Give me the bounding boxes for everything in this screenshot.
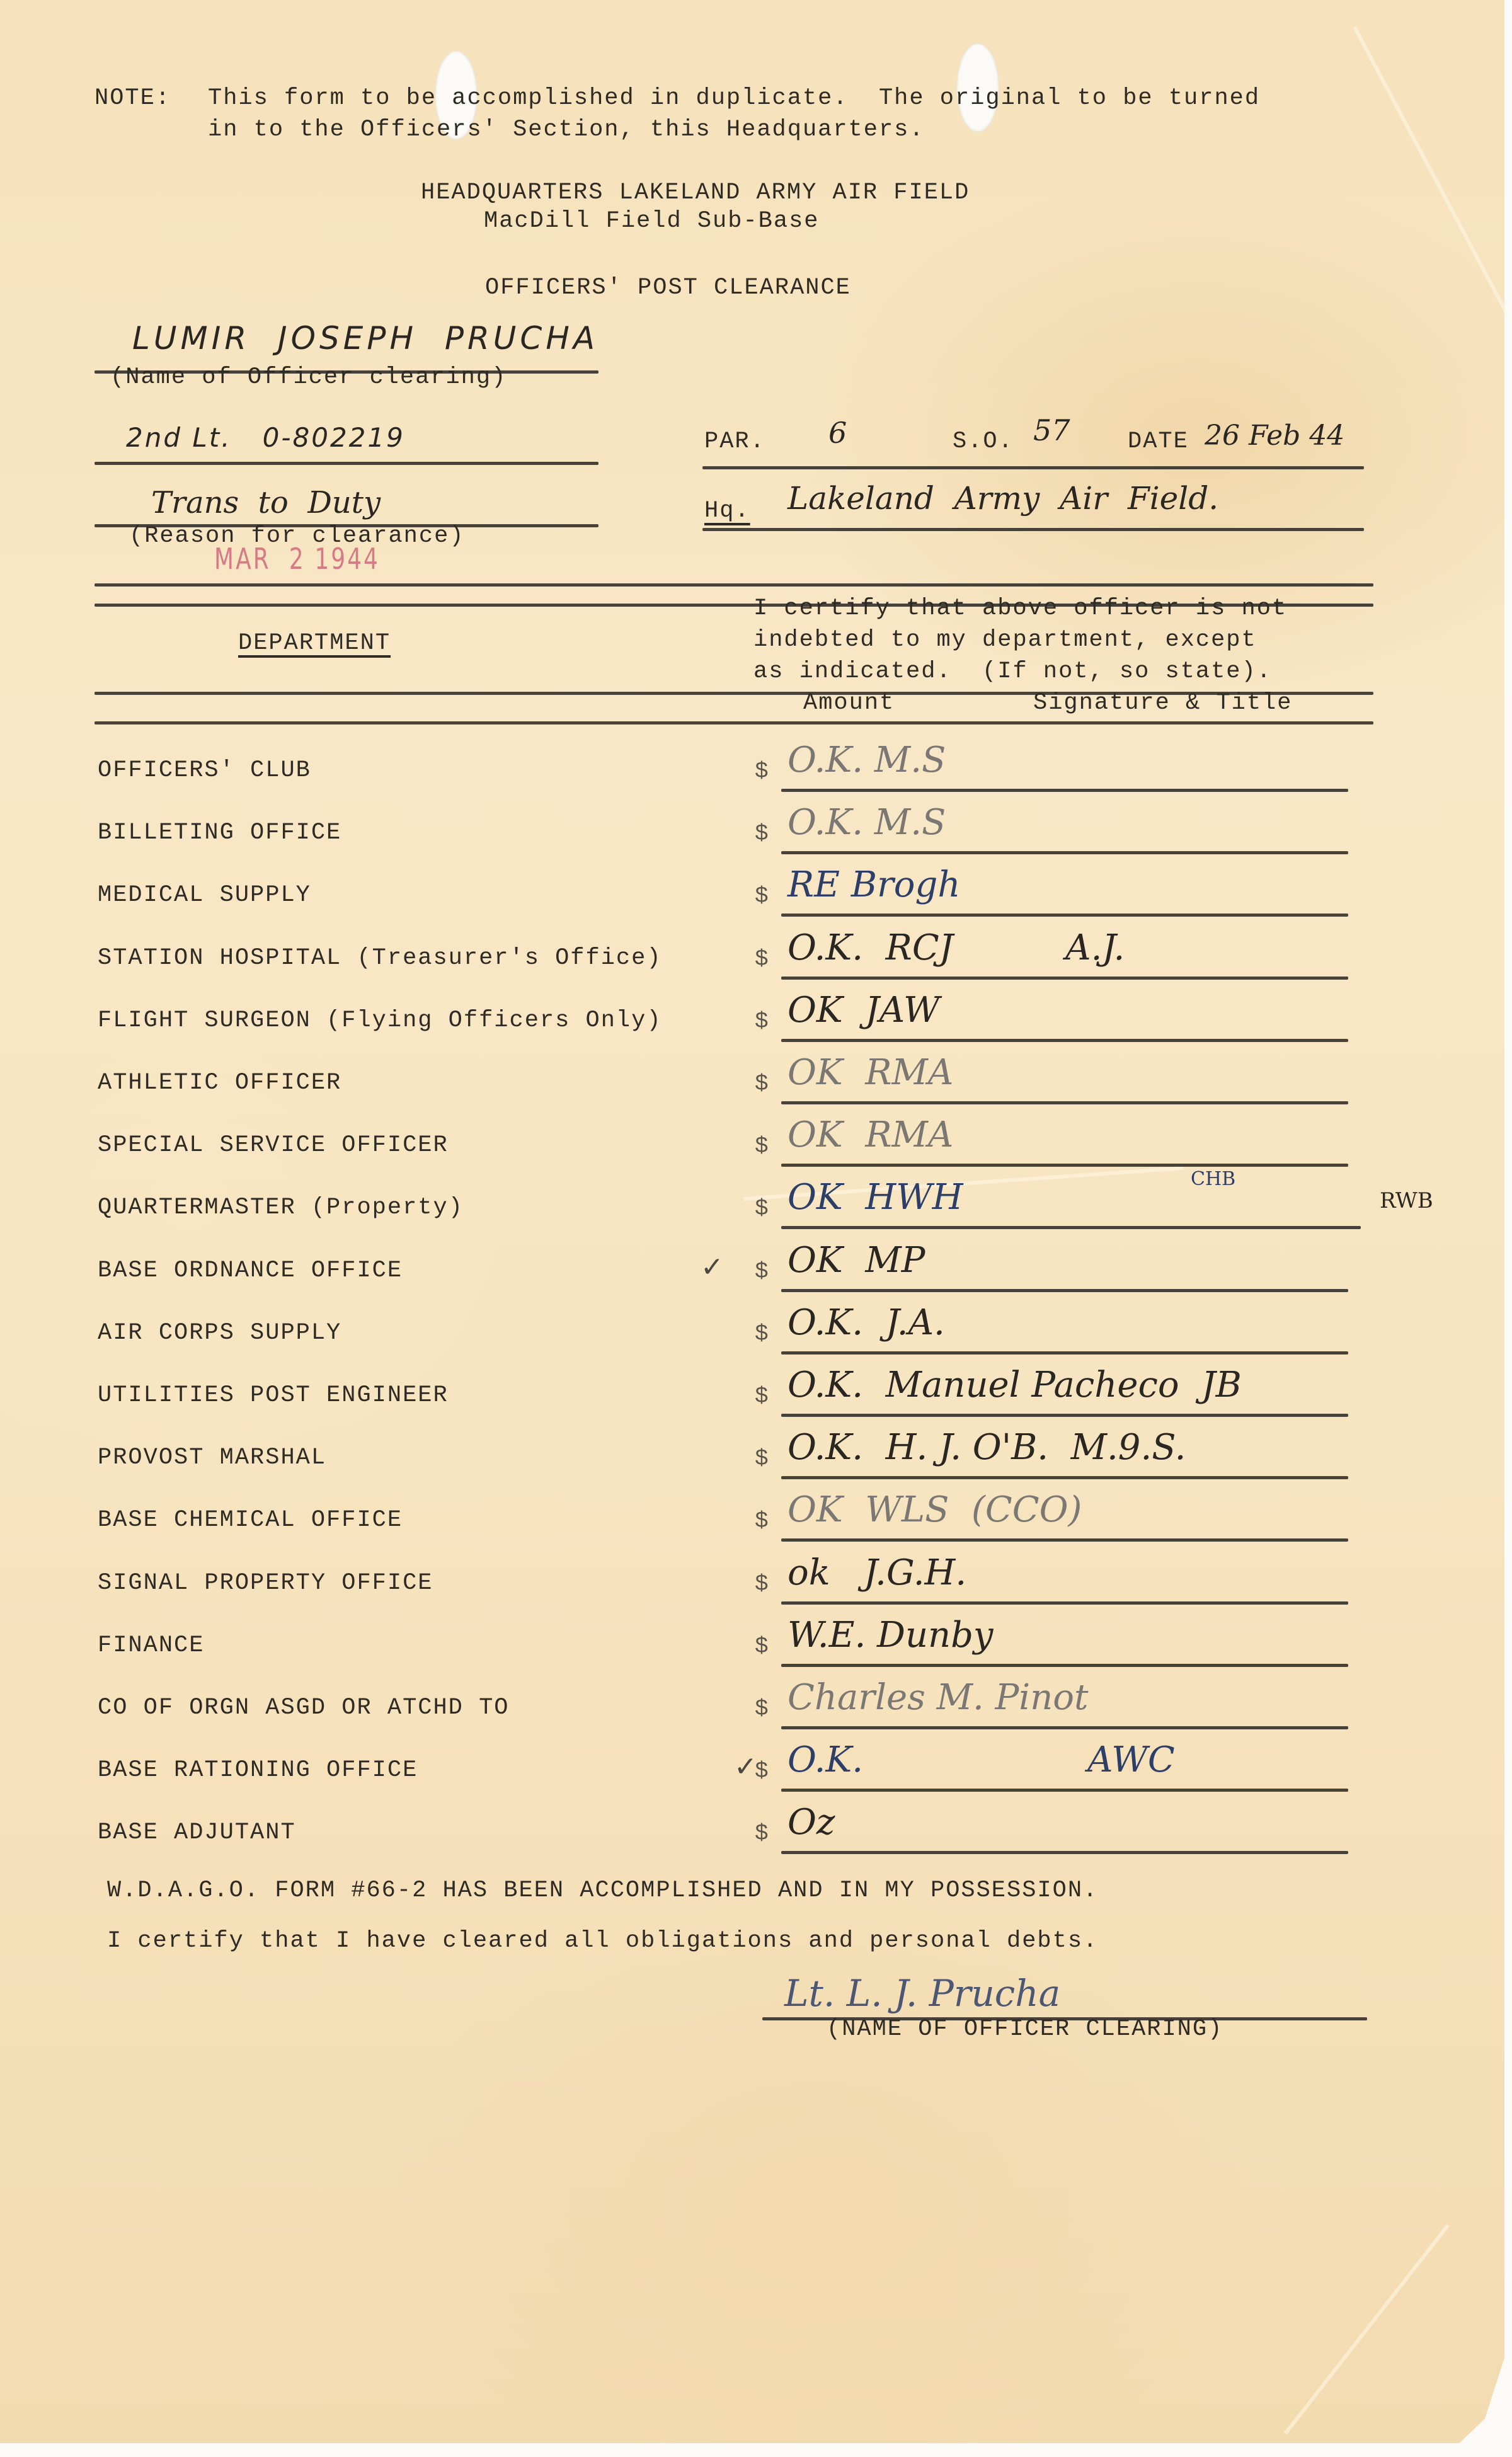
- par-field[interactable]: 6: [828, 416, 847, 450]
- department-signoff-field[interactable]: O.K. M.S: [787, 740, 946, 781]
- dollar-sign: $: [755, 1383, 769, 1409]
- signoff-underline: [781, 913, 1348, 917]
- officer-signature[interactable]: Lt. L. J. Prucha: [784, 1972, 1060, 2015]
- hq-label: Hq.: [704, 498, 750, 524]
- department-column-header: DEPARTMENT: [238, 630, 391, 656]
- margin-initials: RWB: [1380, 1188, 1433, 1213]
- dollar-sign: $: [755, 1259, 769, 1285]
- reason-field[interactable]: Trans to Duty: [151, 485, 381, 520]
- signoff-underline: [781, 1164, 1348, 1167]
- signoff-underline: [781, 1351, 1348, 1354]
- signoff-underline: [781, 1851, 1348, 1854]
- signoff-underline: [781, 1538, 1348, 1542]
- department-name: UTILITIES POST ENGINEER: [98, 1382, 449, 1409]
- dollar-sign: $: [755, 883, 769, 909]
- rank-serial-field[interactable]: 2nd Lt. 0-802219: [126, 422, 405, 453]
- signoff-underline: [781, 1414, 1348, 1417]
- department-signoff-field[interactable]: OK RMA: [787, 1052, 953, 1093]
- amount-column-header: Amount: [803, 690, 895, 716]
- department-name: BASE CHEMICAL OFFICE: [98, 1507, 403, 1533]
- form-66-2-statement: W.D.A.G.O. FORM #66-2 HAS BEEN ACCOMPLIS…: [107, 1877, 1098, 1904]
- hq-underline: [702, 528, 1364, 531]
- signoff-underline: [781, 1476, 1348, 1479]
- dollar-sign: $: [755, 1196, 769, 1222]
- signoff-underline: [781, 1101, 1348, 1104]
- signoff-underline: [781, 1726, 1348, 1729]
- department-signoff-field[interactable]: O.K. AWC: [787, 1739, 1175, 1780]
- header-divider: [94, 721, 1373, 724]
- signoff-underline: [781, 976, 1348, 980]
- signoff-underline: [781, 1601, 1348, 1605]
- dollar-sign: $: [755, 1696, 769, 1722]
- department-signoff-field[interactable]: O.K. M.S: [787, 802, 946, 843]
- signoff-underline: [781, 851, 1348, 854]
- department-name: QUARTERMASTER (Property): [98, 1194, 464, 1221]
- department-name: OFFICERS' CLUB: [98, 757, 311, 784]
- form-title: OFFICERS' POST CLEARANCE: [485, 275, 851, 301]
- checkmark-icon: ✓: [734, 1751, 757, 1783]
- department-signoff-field[interactable]: OK HWH: [787, 1177, 963, 1218]
- checkmark-icon: ✓: [701, 1251, 724, 1283]
- department-name: FINANCE: [98, 1632, 204, 1659]
- department-name: PROVOST MARSHAL: [98, 1445, 326, 1471]
- department-name: CO OF ORGN ASGD OR ATCHD TO: [98, 1695, 510, 1721]
- signoff-underline: [781, 1789, 1348, 1792]
- signoff-underline: [781, 1039, 1348, 1042]
- department-name: BASE RATIONING OFFICE: [98, 1757, 418, 1784]
- department-signoff-field[interactable]: RE Brogh: [787, 864, 960, 905]
- dollar-sign: $: [755, 1321, 769, 1347]
- department-signoff-field[interactable]: Charles M. Pinot: [787, 1677, 1088, 1718]
- dollar-sign: $: [755, 1071, 769, 1097]
- department-name: BASE ADJUTANT: [98, 1819, 296, 1846]
- signoff-underline: [781, 1226, 1361, 1229]
- note-line-1: This form to be accomplished in duplicat…: [208, 85, 1260, 112]
- officer-name-label: (Name of Officer clearing): [110, 364, 507, 391]
- department-signoff-field[interactable]: O.K. H. J. O'B. M.9.S.: [787, 1427, 1186, 1468]
- date-label: DATE: [1128, 428, 1189, 455]
- department-name: AIR CORPS SUPPLY: [98, 1320, 341, 1346]
- department-name: SPECIAL SERVICE OFFICER: [98, 1132, 449, 1159]
- section-divider: [94, 583, 1373, 587]
- signature-column-header: Signature & Title: [1033, 690, 1292, 716]
- department-signoff-field[interactable]: Oz: [787, 1802, 835, 1843]
- department-name: MEDICAL SUPPLY: [98, 882, 311, 908]
- dollar-sign: $: [755, 1446, 769, 1472]
- headquarters-title: HEADQUARTERS LAKELAND ARMY AIR FIELD: [421, 180, 970, 206]
- hq-field[interactable]: Lakeland Army Air Field.: [787, 480, 1218, 517]
- department-signoff-field[interactable]: O.K. J.A.: [787, 1302, 945, 1343]
- date-field[interactable]: 26 Feb 44: [1205, 420, 1344, 452]
- personal-debts-certification: I certify that I have cleared all obliga…: [107, 1928, 1098, 1954]
- dollar-sign: $: [755, 821, 769, 847]
- signoff-underline: [781, 789, 1348, 792]
- so-field[interactable]: 57: [1033, 413, 1070, 447]
- par-label: PAR.: [704, 428, 765, 455]
- received-date-stamp: MAR 2 1944: [214, 542, 380, 576]
- rank-serial-underline: [94, 462, 598, 465]
- dollar-sign: $: [755, 946, 769, 972]
- note-label: NOTE:: [94, 85, 171, 112]
- sub-base-title: MacDill Field Sub-Base: [484, 208, 819, 234]
- certify-text-line-3: as indicated. (If not, so state).: [753, 658, 1272, 685]
- department-signoff-field[interactable]: O.K. RCJ A.J.: [787, 927, 1125, 968]
- department-signoff-field[interactable]: ok J.G.H.: [787, 1552, 966, 1593]
- officer-name-field[interactable]: LUMIR JOSEPH PRUCHA: [132, 320, 598, 357]
- certify-text-line-1: I certify that above officer is not: [753, 595, 1287, 622]
- signoff-underline: [781, 1664, 1348, 1667]
- superscript-initials: CHB: [1191, 1168, 1235, 1190]
- dollar-sign: $: [755, 759, 769, 784]
- dollar-sign: $: [755, 1133, 769, 1159]
- note-line-2: in to the Officers' Section, this Headqu…: [208, 117, 925, 143]
- dollar-sign: $: [755, 1758, 769, 1784]
- department-signoff-field[interactable]: OK JAW: [787, 990, 940, 1031]
- signature-label: (NAME OF OFFICER CLEARING): [827, 2016, 1223, 2042]
- orders-underline: [702, 466, 1364, 469]
- department-signoff-field[interactable]: OK WLS (CCO): [787, 1489, 1082, 1530]
- dollar-sign: $: [755, 1508, 769, 1534]
- department-name: ATHLETIC OFFICER: [98, 1070, 341, 1096]
- dollar-sign: $: [755, 1571, 769, 1597]
- department-name: FLIGHT SURGEON (Flying Officers Only): [98, 1007, 662, 1034]
- dollar-sign: $: [755, 1009, 769, 1034]
- department-signoff-field[interactable]: OK MP: [787, 1240, 925, 1281]
- department-signoff-field[interactable]: W.E. Dunby: [787, 1615, 994, 1656]
- department-name: SIGNAL PROPERTY OFFICE: [98, 1570, 433, 1596]
- department-signoff-field[interactable]: OK RMA: [787, 1114, 953, 1155]
- department-name: BASE ORDNANCE OFFICE: [98, 1257, 403, 1284]
- department-name: BILLETING OFFICE: [98, 820, 341, 846]
- department-signoff-field[interactable]: O.K. Manuel Pacheco JB: [787, 1365, 1242, 1406]
- department-name: STATION HOSPITAL (Treasurer's Office): [98, 945, 662, 971]
- dollar-sign: $: [755, 1634, 769, 1659]
- signoff-underline: [781, 1289, 1348, 1292]
- dollar-sign: $: [755, 1821, 769, 1847]
- so-label: S.O.: [953, 428, 1014, 455]
- certify-text-line-2: indebted to my department, except: [753, 627, 1257, 653]
